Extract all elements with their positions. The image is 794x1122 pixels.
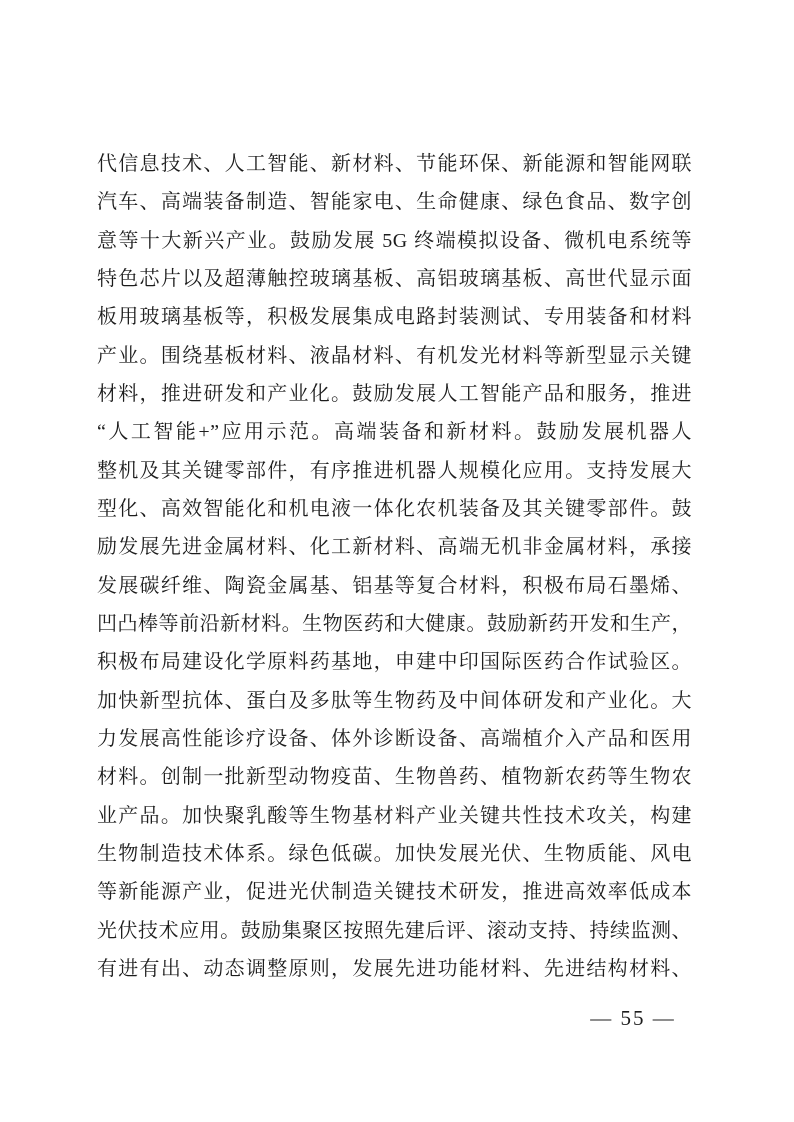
text-line: 特色芯片以及超薄触控玻璃基板、高铝玻璃基板、高世代显示面	[97, 260, 692, 298]
text-line: 凹凸棒等前沿新材料。生物医药和大健康。鼓励新药开发和生产，	[97, 605, 692, 643]
text-line: 板用玻璃基板等，积极发展集成电路封装测试、专用装备和材料	[97, 298, 692, 336]
text-line: 汽车、高端装备制造、智能家电、生命健康、绿色食品、数字创	[97, 183, 692, 221]
page-number: — 55 —	[567, 1003, 699, 1033]
text-line: 发展碳纤维、陶瓷金属基、铝基等复合材料，积极布局石墨烯、	[97, 567, 692, 605]
text-line: 产业。围绕基板材料、液晶材料、有机发光材料等新型显示关键	[97, 337, 692, 375]
text-line: 有进有出、动态调整原则，发展先进功能材料、先进结构材料、	[97, 950, 692, 988]
text-line: 型化、高效智能化和机电液一体化农机装备及其关键零部件。鼓	[97, 490, 692, 528]
text-line: 材料，推进研发和产业化。鼓励发展人工智能产品和服务，推进	[97, 375, 692, 413]
text-line: 加快新型抗体、蛋白及多肽等生物药及中间体研发和产业化。大	[97, 682, 692, 720]
text-line: 生物制造技术体系。绿色低碳。加快发展光伏、生物质能、风电	[97, 835, 692, 873]
text-line: 整机及其关键零部件，有序推进机器人规模化应用。支持发展大	[97, 452, 692, 490]
text-line: 力发展高性能诊疗设备、体外诊断设备、高端植介入产品和医用	[97, 720, 692, 758]
text-line: 业产品。加快聚乳酸等生物基材料产业关键共性技术攻关，构建	[97, 797, 692, 835]
text-line: 代信息技术、人工智能、新材料、节能环保、新能源和智能网联	[97, 145, 692, 183]
text-line: 等新能源产业，促进光伏制造关键技术研发，推进高效率低成本	[97, 873, 692, 911]
text-line: 光伏技术应用。鼓励集聚区按照先建后评、滚动支持、持续监测、	[97, 912, 692, 950]
text-line: “人工智能+”应用示范。高端装备和新材料。鼓励发展机器人	[97, 413, 692, 451]
text-line: 积极布局建设化学原料药基地，申建中印国际医药合作试验区。	[97, 643, 692, 681]
text-line: 材料。创制一批新型动物疫苗、生物兽药、植物新农药等生物农	[97, 758, 692, 796]
text-line: 励发展先进金属材料、化工新材料、高端无机非金属材料，承接	[97, 528, 692, 566]
text-block: 代信息技术、人工智能、新材料、节能环保、新能源和智能网联 汽车、高端装备制造、智…	[97, 145, 692, 988]
document-page: 代信息技术、人工智能、新材料、节能环保、新能源和智能网联 汽车、高端装备制造、智…	[0, 0, 794, 1122]
text-line: 意等十大新兴产业。鼓励发展 5G 终端模拟设备、微机电系统等	[97, 222, 692, 260]
